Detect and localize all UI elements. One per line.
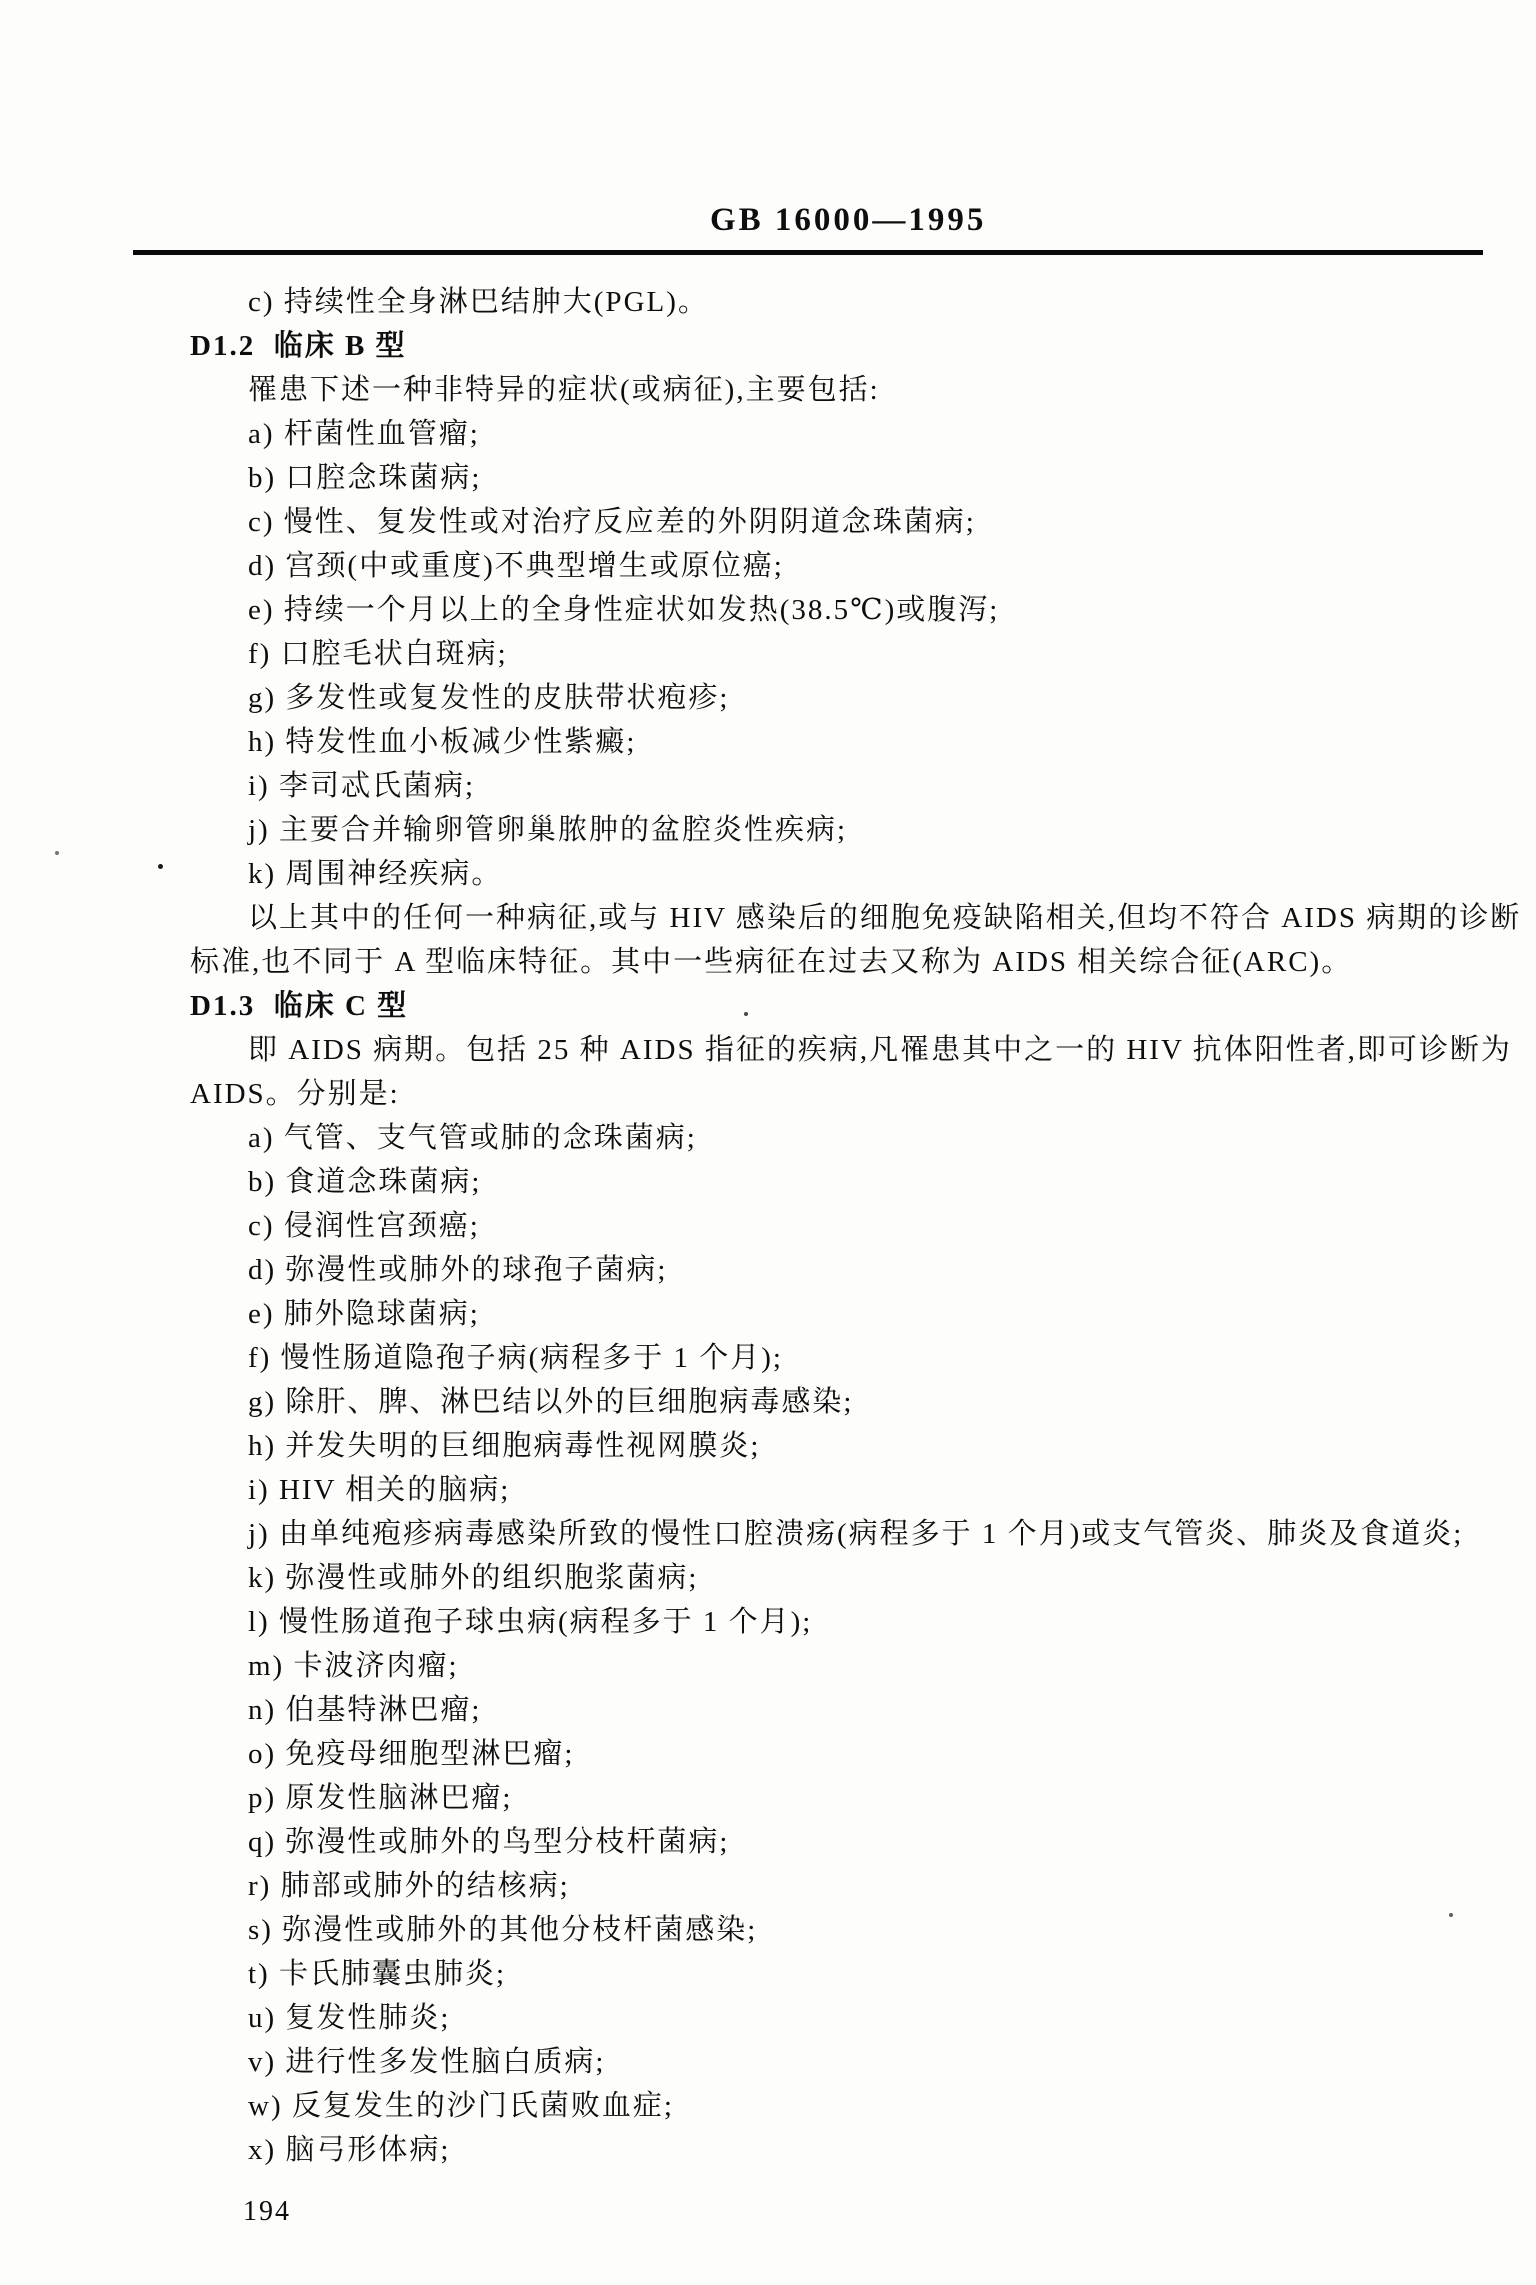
scan-speck — [744, 1012, 748, 1016]
text-line-content: e) 持续一个月以上的全身性症状如发热(38.5℃)或腹泻; — [248, 594, 999, 626]
text-line-content: k) 周围神经疾病。 — [248, 858, 502, 890]
text-line-content: p) 原发性脑淋巴瘤; — [248, 1782, 512, 1814]
text-line: 即 AIDS 病期。包括 25 种 AIDS 指征的疾病,凡罹患其中之一的 HI… — [190, 1028, 1510, 1072]
text-line: g) 多发性或复发性的皮肤带状疱疹; — [190, 676, 1510, 720]
text-line-content: f) 口腔毛状白斑病; — [248, 638, 508, 670]
text-line: m) 卡波济肉瘤; — [190, 1644, 1510, 1688]
text-line: AIDS。分别是: — [190, 1072, 1510, 1116]
text-line-content: d) 宫颈(中或重度)不典型增生或原位癌; — [248, 550, 784, 582]
text-line-content: u) 复发性肺炎; — [248, 2002, 450, 2034]
text-line-content: d) 弥漫性或肺外的球孢子菌病; — [248, 1254, 667, 1286]
text-line: g) 除肝、脾、淋巴结以外的巨细胞病毒感染; — [190, 1380, 1510, 1424]
text-line: e) 肺外隐球菌病; — [190, 1292, 1510, 1336]
text-line-content: r) 肺部或肺外的结核病; — [248, 1870, 570, 1902]
text-line-content: g) 多发性或复发性的皮肤带状疱疹; — [248, 682, 729, 714]
text-line: q) 弥漫性或肺外的鸟型分枝杆菌病; — [190, 1820, 1510, 1864]
text-line: c) 持续性全身淋巴结肿大(PGL)。 — [190, 280, 1510, 324]
text-line: b) 口腔念珠菌病; — [190, 456, 1510, 500]
text-line: h) 并发失明的巨细胞病毒性视网膜炎; — [190, 1424, 1510, 1468]
text-line-content: k) 弥漫性或肺外的组织胞浆菌病; — [248, 1562, 698, 1594]
text-line: b) 食道念珠菌病; — [190, 1160, 1510, 1204]
text-line-content: 即 AIDS 病期。包括 25 种 AIDS 指征的疾病,凡罹患其中之一的 HI… — [248, 1034, 1512, 1066]
text-line-content: e) 肺外隐球菌病; — [248, 1298, 480, 1330]
text-line-content: o) 免疫母细胞型淋巴瘤; — [248, 1738, 574, 1770]
text-line: j) 由单纯疱疹病毒感染所致的慢性口腔溃疡(病程多于 1 个月)或支气管炎、肺炎… — [190, 1512, 1510, 1556]
page-number: 194 — [243, 2196, 291, 2228]
text-line-content: v) 进行性多发性脑白质病; — [248, 2046, 605, 2078]
text-line: x) 脑弓形体病; — [190, 2128, 1510, 2172]
document-body: c) 持续性全身淋巴结肿大(PGL)。D1.2 临床 B 型罹患下述一种非特异的… — [190, 280, 1510, 2172]
text-line: 以上其中的任何一种病征,或与 HIV 感染后的细胞免疫缺陷相关,但均不符合 AI… — [190, 896, 1510, 940]
text-line-content: q) 弥漫性或肺外的鸟型分枝杆菌病; — [248, 1826, 729, 1858]
text-line: D1.2 临床 B 型 — [190, 324, 1510, 368]
text-line-content: i) 李司忒氏菌病; — [248, 770, 475, 802]
text-line: p) 原发性脑淋巴瘤; — [190, 1776, 1510, 1820]
text-line-content: t) 卡氏肺囊虫肺炎; — [248, 1958, 506, 1990]
text-line-content: c) 慢性、复发性或对治疗反应差的外阴阴道念珠菌病; — [248, 506, 976, 538]
text-line-content: g) 除肝、脾、淋巴结以外的巨细胞病毒感染; — [248, 1386, 853, 1418]
scan-speck — [55, 851, 59, 855]
text-line: w) 反复发生的沙门氏菌败血症; — [190, 2084, 1510, 2128]
text-line-content: D1.2 临床 B 型 — [190, 330, 407, 362]
text-line: k) 弥漫性或肺外的组织胞浆菌病; — [190, 1556, 1510, 1600]
text-line-content: m) 卡波济肉瘤; — [248, 1650, 459, 1682]
scan-speck — [158, 864, 163, 869]
text-line: c) 侵润性宫颈癌; — [190, 1204, 1510, 1248]
text-line: o) 免疫母细胞型淋巴瘤; — [190, 1732, 1510, 1776]
text-line: e) 持续一个月以上的全身性症状如发热(38.5℃)或腹泻; — [190, 588, 1510, 632]
text-line: h) 特发性血小板减少性紫癜; — [190, 720, 1510, 764]
text-line: D1.3 临床 C 型 — [190, 984, 1510, 1028]
text-line: v) 进行性多发性脑白质病; — [190, 2040, 1510, 2084]
text-line-content: j) 主要合并输卵管卵巢脓肿的盆腔炎性疾病; — [248, 814, 847, 846]
scan-speck — [1449, 1913, 1453, 1917]
text-line: a) 杆菌性血管瘤; — [190, 412, 1510, 456]
text-line-content: j) 由单纯疱疹病毒感染所致的慢性口腔溃疡(病程多于 1 个月)或支气管炎、肺炎… — [248, 1518, 1463, 1550]
text-line: f) 慢性肠道隐孢子病(病程多于 1 个月); — [190, 1336, 1510, 1380]
standard-number-header: GB 16000—1995 — [710, 202, 986, 239]
text-line-content: a) 气管、支气管或肺的念珠菌病; — [248, 1122, 697, 1154]
text-line-content: f) 慢性肠道隐孢子病(病程多于 1 个月); — [248, 1342, 783, 1374]
text-line-content: c) 持续性全身淋巴结肿大(PGL)。 — [248, 286, 709, 318]
text-line-content: i) HIV 相关的脑病; — [248, 1474, 510, 1506]
text-line-content: c) 侵润性宫颈癌; — [248, 1210, 480, 1242]
document-page: GB 16000—1995 c) 持续性全身淋巴结肿大(PGL)。D1.2 临床… — [0, 0, 1536, 2285]
text-line-content: s) 弥漫性或肺外的其他分枝杆菌感染; — [248, 1914, 757, 1946]
text-line: c) 慢性、复发性或对治疗反应差的外阴阴道念珠菌病; — [190, 500, 1510, 544]
text-line: f) 口腔毛状白斑病; — [190, 632, 1510, 676]
header-rule — [133, 250, 1483, 255]
text-line-content: a) 杆菌性血管瘤; — [248, 418, 480, 450]
text-line: d) 弥漫性或肺外的球孢子菌病; — [190, 1248, 1510, 1292]
text-line-content: n) 伯基特淋巴瘤; — [248, 1694, 481, 1726]
text-line: n) 伯基特淋巴瘤; — [190, 1688, 1510, 1732]
text-line-content: 标准,也不同于 A 型临床特征。其中一些病征在过去又称为 AIDS 相关综合征(… — [190, 946, 1352, 978]
text-line: i) 李司忒氏菌病; — [190, 764, 1510, 808]
text-line-content: w) 反复发生的沙门氏菌败血症; — [248, 2090, 674, 2122]
text-line-content: b) 口腔念珠菌病; — [248, 462, 481, 494]
text-line-content: b) 食道念珠菌病; — [248, 1166, 481, 1198]
text-line: r) 肺部或肺外的结核病; — [190, 1864, 1510, 1908]
text-line: d) 宫颈(中或重度)不典型增生或原位癌; — [190, 544, 1510, 588]
text-line: a) 气管、支气管或肺的念珠菌病; — [190, 1116, 1510, 1160]
text-line-content: 罹患下述一种非特异的症状(或病征),主要包括: — [248, 374, 880, 406]
text-line: 罹患下述一种非特异的症状(或病征),主要包括: — [190, 368, 1510, 412]
text-line: k) 周围神经疾病。 — [190, 852, 1510, 896]
text-line-content: x) 脑弓形体病; — [248, 2134, 450, 2166]
text-line: l) 慢性肠道孢子球虫病(病程多于 1 个月); — [190, 1600, 1510, 1644]
text-line-content: AIDS。分别是: — [190, 1078, 400, 1110]
text-line: t) 卡氏肺囊虫肺炎; — [190, 1952, 1510, 1996]
text-line: s) 弥漫性或肺外的其他分枝杆菌感染; — [190, 1908, 1510, 1952]
text-line-content: 以上其中的任何一种病征,或与 HIV 感染后的细胞免疫缺陷相关,但均不符合 AI… — [248, 902, 1521, 934]
text-line-content: h) 特发性血小板减少性紫癜; — [248, 726, 636, 758]
text-line: i) HIV 相关的脑病; — [190, 1468, 1510, 1512]
text-line-content: l) 慢性肠道孢子球虫病(病程多于 1 个月); — [248, 1606, 812, 1638]
text-line-content: D1.3 临床 C 型 — [190, 990, 408, 1022]
text-line-content: h) 并发失明的巨细胞病毒性视网膜炎; — [248, 1430, 760, 1462]
text-line: 标准,也不同于 A 型临床特征。其中一些病征在过去又称为 AIDS 相关综合征(… — [190, 940, 1510, 984]
text-line: u) 复发性肺炎; — [190, 1996, 1510, 2040]
text-line: j) 主要合并输卵管卵巢脓肿的盆腔炎性疾病; — [190, 808, 1510, 852]
